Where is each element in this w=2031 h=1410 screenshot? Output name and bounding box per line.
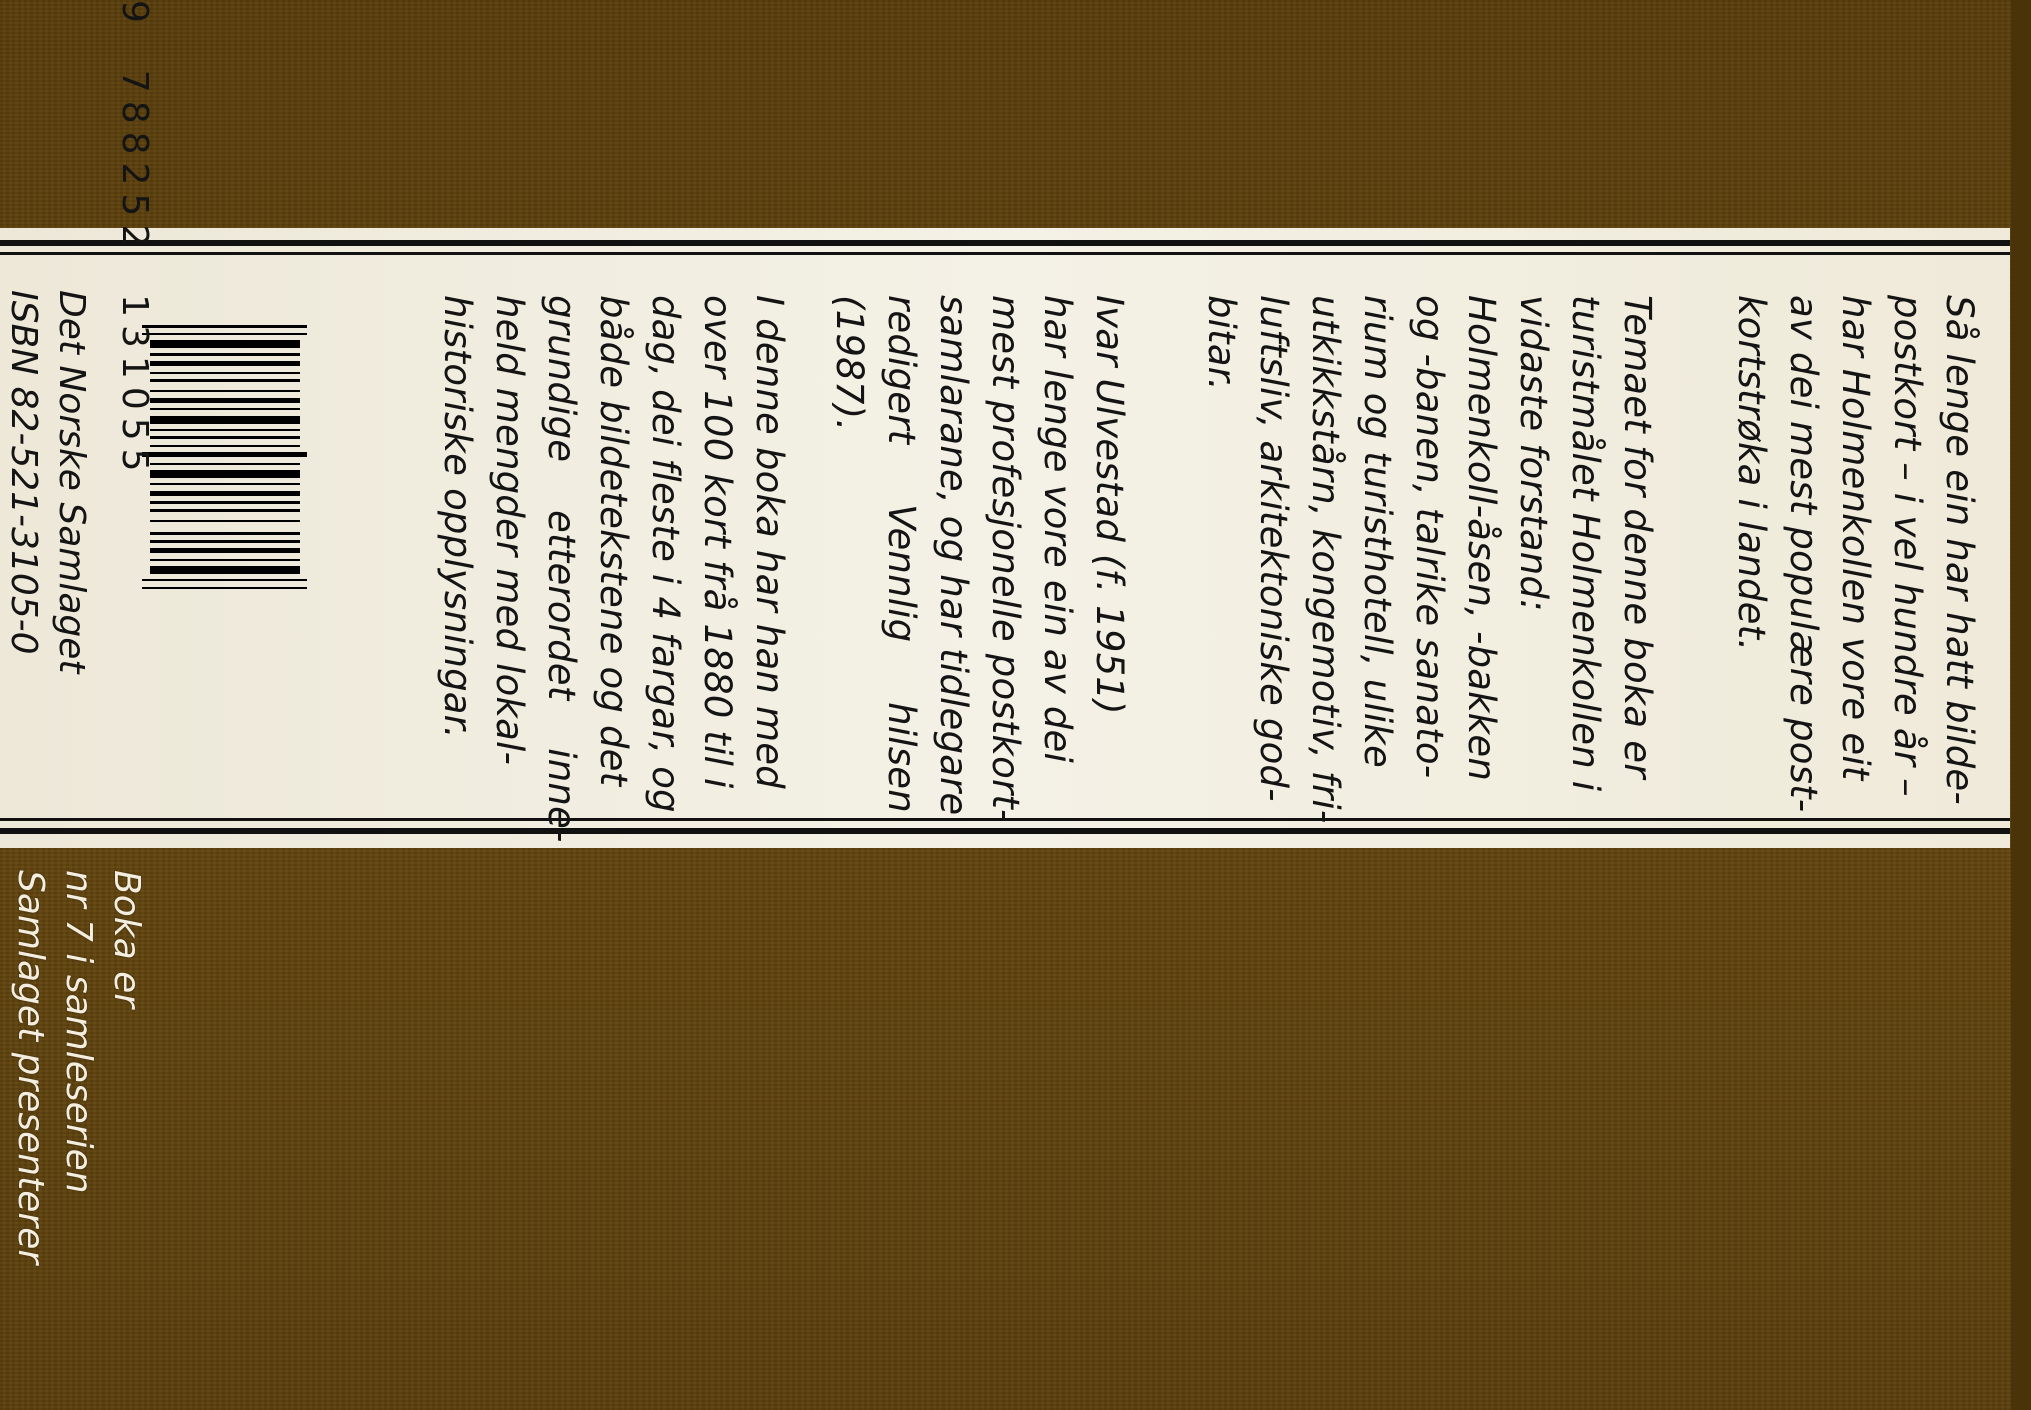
barcode-bar	[150, 372, 300, 375]
barcode-bar	[150, 445, 300, 447]
barcode-bar	[142, 452, 307, 457]
barcode-bar	[150, 340, 300, 348]
barcode-bar	[150, 491, 300, 496]
barcode-bar	[150, 361, 300, 366]
text-line: over 100 kort frå 1880 til i	[691, 295, 743, 843]
barcode-bar	[150, 463, 300, 466]
text-line: har lenge vore ein av dei	[1031, 295, 1083, 823]
text-line: redigert Vennlig hilsen	[875, 295, 927, 823]
text-line: I denne boka har han med	[743, 295, 795, 843]
text-line: samlarane, og har tidlegare	[927, 295, 979, 823]
barcode-bar	[150, 408, 300, 411]
text-line: historiske opplysningar.	[431, 295, 483, 843]
isbn-barcode	[70, 285, 310, 735]
barcode-bar	[142, 325, 307, 328]
barcode-bar	[150, 436, 300, 439]
barcode-bar	[150, 398, 300, 403]
publisher-name: Det Norske Samlaget	[47, 290, 95, 674]
barcode-bar	[150, 390, 300, 393]
text-line: og -banen, talrike sanato-	[1403, 295, 1455, 823]
barcode-digits: 9 788252 131055	[114, 0, 155, 480]
barcode-bar	[150, 501, 300, 504]
text-line: postkort – i vel hundre år –	[1881, 295, 1933, 812]
text-line: (1987).	[823, 295, 875, 823]
text-line: Så lenge ein har hatt bilde-	[1933, 295, 1985, 812]
blurb-paragraph-theme: Temaet for denne boka er turistmålet Hol…	[1195, 295, 1663, 823]
barcode-bar	[150, 540, 300, 543]
cover-edge	[2011, 0, 2031, 1410]
barcode-bar	[150, 566, 300, 574]
text-line: har Holmenkollen vore eit	[1829, 295, 1881, 812]
text-line: Samlaget presenterer	[6, 870, 54, 1264]
top-thick-rule	[0, 240, 2010, 246]
text-line: utkikkstårn, kongemotiv, fri-	[1299, 295, 1351, 823]
barcode-bar	[150, 509, 300, 512]
text-line: nr 7 i samleserien	[54, 870, 102, 1264]
barcode-bar	[150, 483, 300, 486]
text-line: turistmålet Holmenkollen i	[1559, 295, 1611, 823]
barcode-bar	[142, 333, 307, 336]
blurb-paragraph-contents: I denne boka har han med over 100 kort f…	[431, 295, 795, 843]
isbn-number: ISBN 82-521-3105-0	[0, 290, 47, 674]
top-thin-rule	[0, 252, 2010, 255]
barcode-bar	[142, 579, 307, 582]
text-line: held mengder med lokal-	[483, 295, 535, 843]
barcode-bars	[150, 325, 300, 655]
text-line: vidaste forstand:	[1507, 295, 1559, 823]
blurb-paragraph-intro: Så lenge ein har hatt bilde- postkort – …	[1725, 295, 1985, 812]
text-line: mest profesjonelle postkort-	[979, 295, 1031, 823]
barcode-bar	[150, 353, 300, 356]
text-line: Temaet for denne boka er	[1611, 295, 1663, 823]
blurb-paragraph-author: Ivar Ulvestad (f. 1951) har lenge vore e…	[823, 295, 1135, 823]
text-line: av dei mest populære post-	[1777, 295, 1829, 812]
barcode-bar	[150, 379, 300, 382]
text-line: bitar.	[1195, 295, 1247, 823]
text-line: Boka er	[102, 870, 150, 1264]
publisher-block: Det Norske Samlaget ISBN 82-521-3105-0	[0, 290, 95, 674]
text-line: Ivar Ulvestad (f. 1951)	[1083, 295, 1135, 823]
text-line: kortstrøka i landet.	[1725, 295, 1777, 812]
series-note: Boka er nr 7 i samleserien Samlaget pres…	[6, 870, 150, 1264]
text-line: luftsliv, arkitektoniske god-	[1247, 295, 1299, 823]
bottom-thick-rule	[0, 828, 2010, 834]
text-line: grundige etterordet inne-	[535, 295, 587, 843]
text-line: Holmenkoll-åsen, -bakken	[1455, 295, 1507, 823]
barcode-bar	[150, 532, 300, 535]
barcode-bar	[150, 429, 300, 432]
barcode-bar	[150, 416, 300, 424]
text-line: dag, dei fleste i 4 fargar, og	[639, 295, 691, 843]
barcode-bar	[142, 587, 307, 590]
barcode-bar	[150, 470, 300, 478]
barcode-bar	[150, 559, 300, 562]
text-line: rium og turisthotell, ulike	[1351, 295, 1403, 823]
barcode-bar	[150, 520, 300, 522]
barcode-bar	[150, 548, 300, 553]
text-line: både bildetekstene og det	[587, 295, 639, 843]
